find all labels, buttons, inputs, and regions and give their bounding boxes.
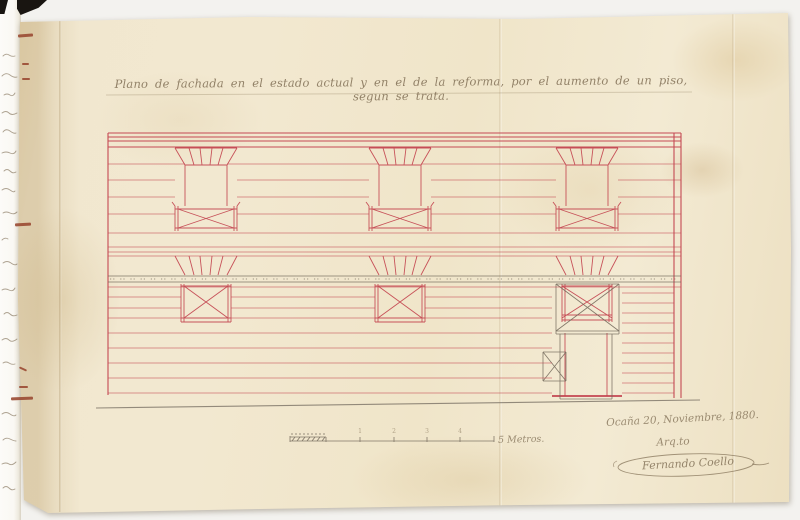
drawing-title: Plano de fachada en el estado actual y e… bbox=[105, 73, 697, 105]
binding-stitch bbox=[22, 63, 29, 65]
scale-tick-label: 2 bbox=[388, 428, 400, 435]
scanned-document: Plano de fachada en el estado actual y e… bbox=[0, 0, 800, 520]
scale-tick-label: 1 bbox=[354, 428, 366, 435]
architect-abbreviation: Arq.to bbox=[643, 435, 703, 449]
binding-stitch bbox=[22, 78, 30, 80]
scale-end-label: 5 Metros. bbox=[498, 433, 568, 446]
scale-tick-label: 3 bbox=[421, 428, 433, 435]
binding-crease bbox=[59, 14, 62, 512]
scale-tick-label: 4 bbox=[454, 428, 466, 435]
paper-fold bbox=[732, 14, 735, 512]
signature-block: Fernando Coello bbox=[612, 449, 772, 481]
binding-stitch bbox=[19, 386, 28, 388]
